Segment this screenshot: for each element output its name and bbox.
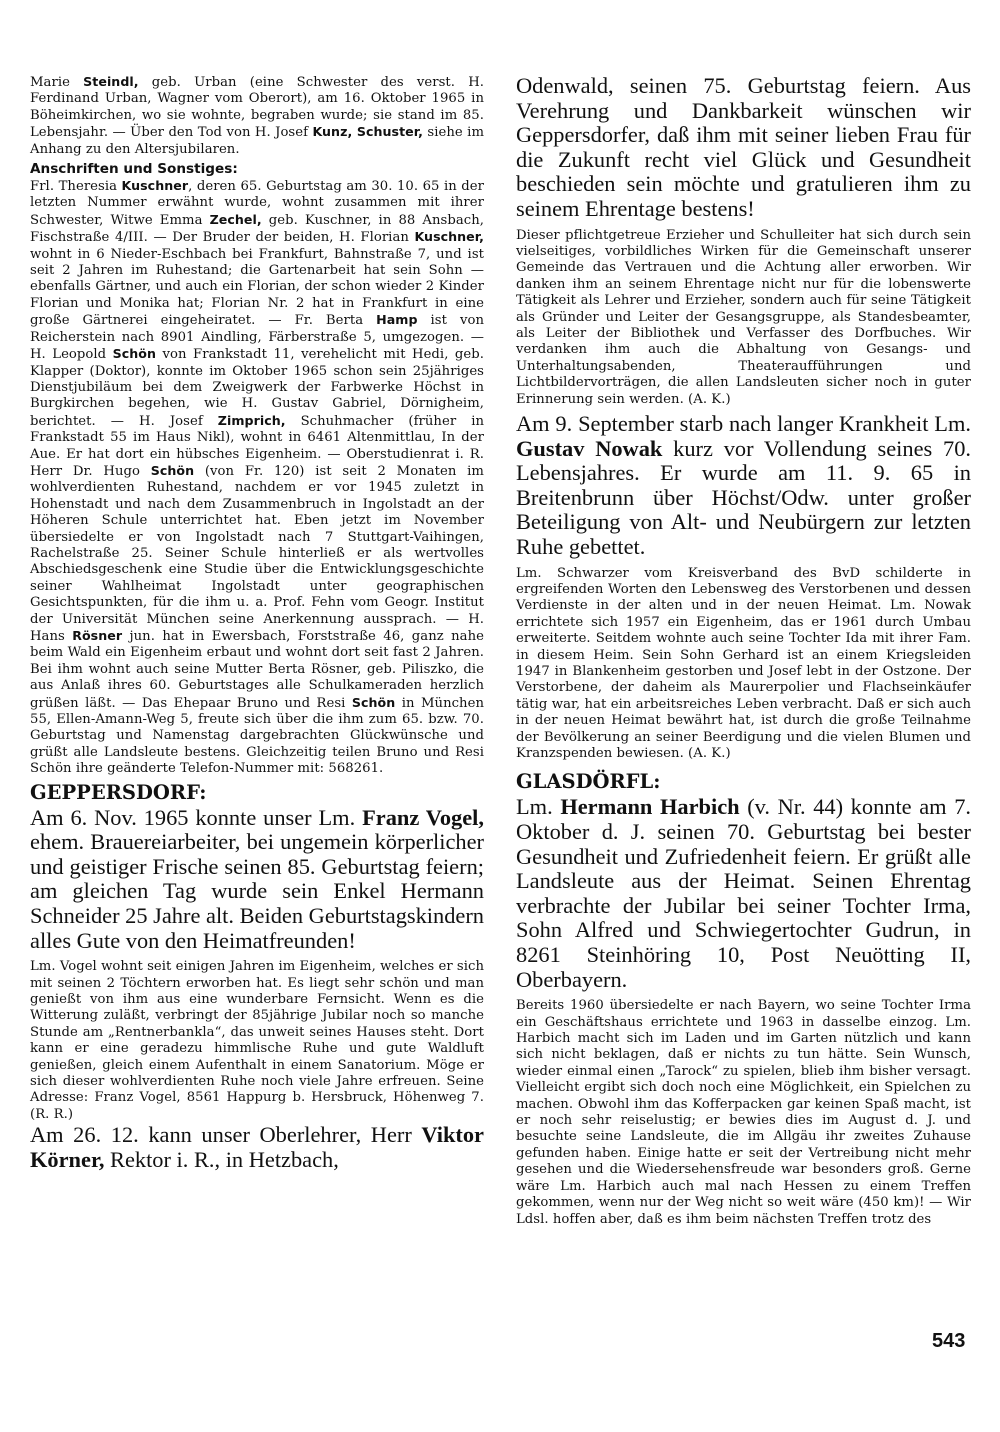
bold-name: Gustav Nowak — [516, 436, 662, 461]
bold-name: Zimprich, — [218, 413, 286, 428]
left-column: Marie Steindl, geb. Urban (eine Schweste… — [30, 74, 484, 1172]
bold-name: Kunz, Schuster, — [312, 124, 423, 139]
paragraph-vogel-details: Lm. Vogel wohnt seit einigen Jahren im E… — [30, 959, 484, 1123]
bold-name: Schön — [151, 463, 194, 478]
paragraph-koerner-birthday: Am 26. 12. kann unser Oberlehrer, Herr V… — [30, 1123, 484, 1172]
paragraph-anschriften: Frl. Theresia Kuschner, deren 65. Geburt… — [30, 178, 484, 778]
bold-name: Kuschner — [122, 178, 189, 193]
bold-name: Zechel, — [210, 212, 262, 227]
paragraph-vogel-birthday: Am 6. Nov. 1965 konnte unser Lm. Franz V… — [30, 806, 484, 954]
paragraph-koerner-tribute: Dieser pflichtgetreue Erzieher und Schul… — [516, 228, 971, 408]
section-heading-geppersdorf: GEPPERSDORF: — [30, 781, 484, 805]
section-heading-anschriften: Anschriften und Sonstiges: — [30, 160, 484, 178]
paragraph-nowak-death: Am 9. September starb nach langer Krankh… — [516, 412, 971, 560]
bold-name: Hamp — [376, 312, 417, 327]
bold-name: Schön — [113, 346, 156, 361]
bold-name: Hermann Harbich — [560, 794, 739, 819]
bold-name: Rösner — [72, 628, 122, 643]
paragraph-nowak-details: Lm. Schwarzer vom Kreisverband des BvD s… — [516, 566, 971, 763]
paragraph-harbich-details: Bereits 1960 übersiedelte er nach Bayern… — [516, 998, 971, 1228]
bold-name: Franz Vogel, — [362, 805, 484, 830]
paragraph-steindl: Marie Steindl, geb. Urban (eine Schweste… — [30, 74, 484, 158]
bold-name: Kuschner, — [414, 229, 484, 244]
right-column: Odenwald, seinen 75. Geburtstag feiern. … — [516, 74, 971, 1228]
bold-name: Schön — [352, 695, 395, 710]
paragraph-koerner-continued: Odenwald, seinen 75. Geburtstag feiern. … — [516, 74, 971, 222]
bold-name: Steindl, — [83, 74, 138, 89]
section-heading-glasdoerfl: GLASDÖRFL: — [516, 770, 971, 794]
page-number: 543 — [932, 1330, 965, 1353]
paragraph-harbich-birthday: Lm. Hermann Harbich (v. Nr. 44) konnte a… — [516, 795, 971, 992]
